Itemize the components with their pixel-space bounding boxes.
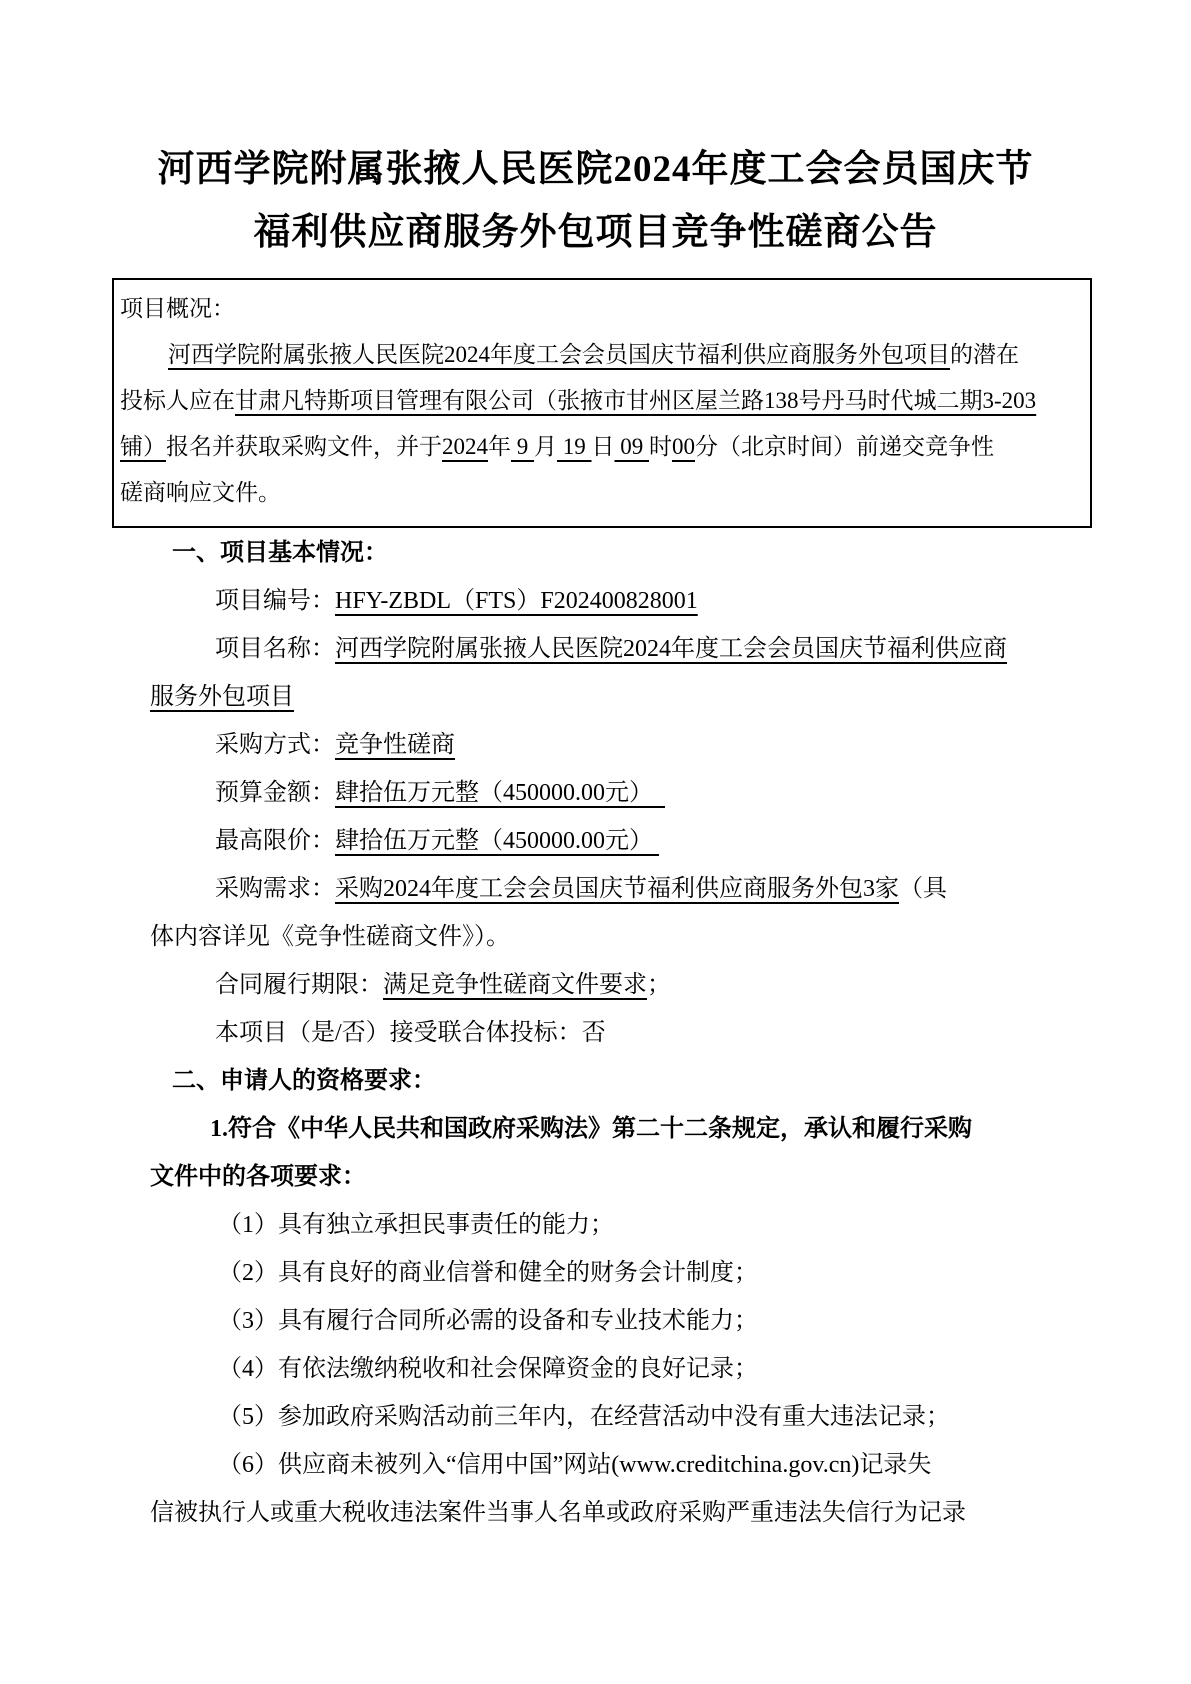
plain-text: （具 <box>899 876 947 902</box>
plain-text: （2）具有良好的商业信誉和健全的财务会计制度； <box>218 1260 758 1286</box>
plain-text: 1.符合《中华人民共和国政府采购法》第二十二条规定，承认和履行采购 <box>210 1116 972 1142</box>
qualification-item-2: （2）具有良好的商业信誉和健全的财务会计制度； <box>218 1249 1050 1297</box>
plain-text: 采购需求： <box>215 876 335 902</box>
plain-text: 报名并获取采购文件，并于 <box>166 434 442 459</box>
overview-line-1: 河西学院附属张掖人民医院2024年度工会会员国庆节福利供应商服务外包项目的潜在 <box>168 332 1084 378</box>
procurement-method-value: 竞争性磋商 <box>335 732 455 758</box>
qualification-1-line1: 1.符合《中华人民共和国政府采购法》第二十二条规定，承认和履行采购 <box>210 1105 1050 1153</box>
deadline-month: 9 <box>511 434 534 459</box>
overview-paragraph: 河西学院附属张掖人民医院2024年度工会会员国庆节福利供应商服务外包项目的潜在投… <box>120 332 1084 516</box>
plain-text: 文件中的各项要求： <box>150 1164 366 1190</box>
section-2-heading: 二、申请人的资格要求： <box>172 1057 1050 1105</box>
field-consortium-bid: 本项目（是/否）接受联合体投标：否 <box>215 1009 1050 1057</box>
plain-text: 项目编号： <box>215 588 335 614</box>
plain-text: （6）供应商未被列入“信用中国”网站(www.creditchina.gov.c… <box>218 1452 931 1478</box>
plain-text: 投标人应在 <box>120 388 235 413</box>
project-name-value-line2: 服务外包项目 <box>150 684 294 710</box>
plain-text: 日 <box>592 434 615 459</box>
field-max-price: 最高限价：肆拾伍万元整（450000.00元） <box>215 817 1050 865</box>
plain-text: 预算金额： <box>215 780 335 806</box>
overview-line-4: 磋商响应文件。 <box>120 470 1084 516</box>
qualification-item-4: （4）有依法缴纳税收和社会保障资金的良好记录； <box>218 1345 1050 1393</box>
qualification-item-3: （3）具有履行合同所必需的设备和专业技术能力； <box>218 1297 1050 1345</box>
field-budget-amount: 预算金额：肆拾伍万元整（450000.00元） <box>215 769 1050 817</box>
plain-text: 体内容详见《竞争性磋商文件》）。 <box>150 924 510 950</box>
plain-text: 信被执行人或重大税收违法案件当事人名单或政府采购严重违法失信行为记录 <box>150 1500 966 1526</box>
overview-label: 项目概况： <box>120 286 1084 332</box>
plain-text: 时 <box>649 434 672 459</box>
plain-text: 合同履行期限： <box>215 972 383 998</box>
field-project-name: 项目名称：河西学院附属张掖人民医院2024年度工会会员国庆节福利供应商 <box>215 625 1050 673</box>
field-procurement-demand: 采购需求：采购2024年度工会会员国庆节福利供应商服务外包3家（具 <box>215 865 1050 913</box>
overview-line-2: 投标人应在甘肃凡特斯项目管理有限公司（张掖市甘州区屋兰路138号丹马时代城二期3… <box>120 378 1084 424</box>
document-page: 河西学院附属张掖人民医院2024年度工会会员国庆节 福利供应商服务外包项目竞争性… <box>0 0 1191 1684</box>
max-price-value: 肆拾伍万元整（450000.00元） <box>335 828 659 854</box>
plain-text: （4）有依法缴纳税收和社会保障资金的良好记录； <box>218 1356 758 1382</box>
procurement-demand-value: 采购2024年度工会会员国庆节福利供应商服务外包3家 <box>335 876 899 902</box>
plain-text: （5）参加政府采购活动前三年内，在经营活动中没有重大违法记录； <box>218 1404 950 1430</box>
field-procurement-demand-cont: 体内容详见《竞争性磋商文件》）。 <box>150 913 1050 961</box>
plain-text: 分（北京时间）前递交竞争性 <box>695 434 994 459</box>
document-title-line-1: 河西学院附属张掖人民医院2024年度工会会员国庆节 <box>0 138 1191 201</box>
deadline-minute: 00 <box>672 434 695 459</box>
plain-text: 最高限价： <box>215 828 335 854</box>
project-name-value-line1: 河西学院附属张掖人民医院2024年度工会会员国庆节福利供应商 <box>335 636 1007 662</box>
document-title-line-2: 福利供应商服务外包项目竞争性磋商公告 <box>0 201 1191 264</box>
budget-amount-value: 肆拾伍万元整（450000.00元） <box>335 780 665 806</box>
qualification-1-line2: 文件中的各项要求： <box>150 1153 1050 1201</box>
field-procurement-method: 采购方式：竞争性磋商 <box>215 721 1050 769</box>
document-title: 河西学院附属张掖人民医院2024年度工会会员国庆节 福利供应商服务外包项目竞争性… <box>0 138 1191 264</box>
deadline-hour: 09 <box>615 434 650 459</box>
plain-text: 磋商响应文件。 <box>120 480 281 505</box>
agency-and-address: 甘肃凡特斯项目管理有限公司（张掖市甘州区屋兰路138号丹马时代城二期3-203 <box>235 388 1036 413</box>
plain-text: ； <box>647 972 671 998</box>
deadline-day: 19 <box>557 434 592 459</box>
field-project-name-cont: 服务外包项目 <box>150 673 1050 721</box>
project-overview-box: 项目概况： 河西学院附属张掖人民医院2024年度工会会员国庆节福利供应商服务外包… <box>112 278 1092 528</box>
underlined-text: 铺） <box>120 434 166 459</box>
plain-text: 一、项目基本情况： <box>172 540 388 566</box>
plain-text: 的潜在 <box>950 342 1019 367</box>
field-contract-period: 合同履行期限：满足竞争性磋商文件要求； <box>215 961 1050 1009</box>
qualification-item-1: （1）具有独立承担民事责任的能力； <box>218 1201 1050 1249</box>
document-body: 一、项目基本情况：项目编号：HFY-ZBDL（FTS）F202400828001… <box>150 529 1050 1537</box>
qualification-item-6-line2: 信被执行人或重大税收违法案件当事人名单或政府采购严重违法失信行为记录 <box>150 1489 1050 1537</box>
plain-text: （1）具有独立承担民事责任的能力； <box>218 1212 614 1238</box>
plain-text: 本项目（是/否）接受联合体投标：否 <box>215 1020 606 1046</box>
plain-text: 采购方式： <box>215 732 335 758</box>
qualification-item-6-line1: （6）供应商未被列入“信用中国”网站(www.creditchina.gov.c… <box>218 1441 1050 1489</box>
plain-text: 月 <box>534 434 557 459</box>
deadline-year: 2024 <box>442 434 488 459</box>
plain-text: 年 <box>488 434 511 459</box>
project-name-inline: 河西学院附属张掖人民医院2024年度工会会员国庆节福利供应商服务外包项目 <box>168 342 950 367</box>
plain-text: （3）具有履行合同所必需的设备和专业技术能力； <box>218 1308 758 1334</box>
plain-text: 二、申请人的资格要求： <box>172 1068 436 1094</box>
project-number-value: HFY-ZBDL（FTS）F202400828001 <box>335 588 698 614</box>
qualification-item-5: （5）参加政府采购活动前三年内，在经营活动中没有重大违法记录； <box>218 1393 1050 1441</box>
field-project-number: 项目编号：HFY-ZBDL（FTS）F202400828001 <box>215 577 1050 625</box>
overview-line-3: 铺）报名并获取采购文件，并于2024年 9 月 19 日 09 时00分（北京时… <box>120 424 1084 470</box>
section-1-heading: 一、项目基本情况： <box>172 529 1050 577</box>
plain-text: 项目名称： <box>215 636 335 662</box>
contract-period-value: 满足竞争性磋商文件要求 <box>383 972 647 998</box>
